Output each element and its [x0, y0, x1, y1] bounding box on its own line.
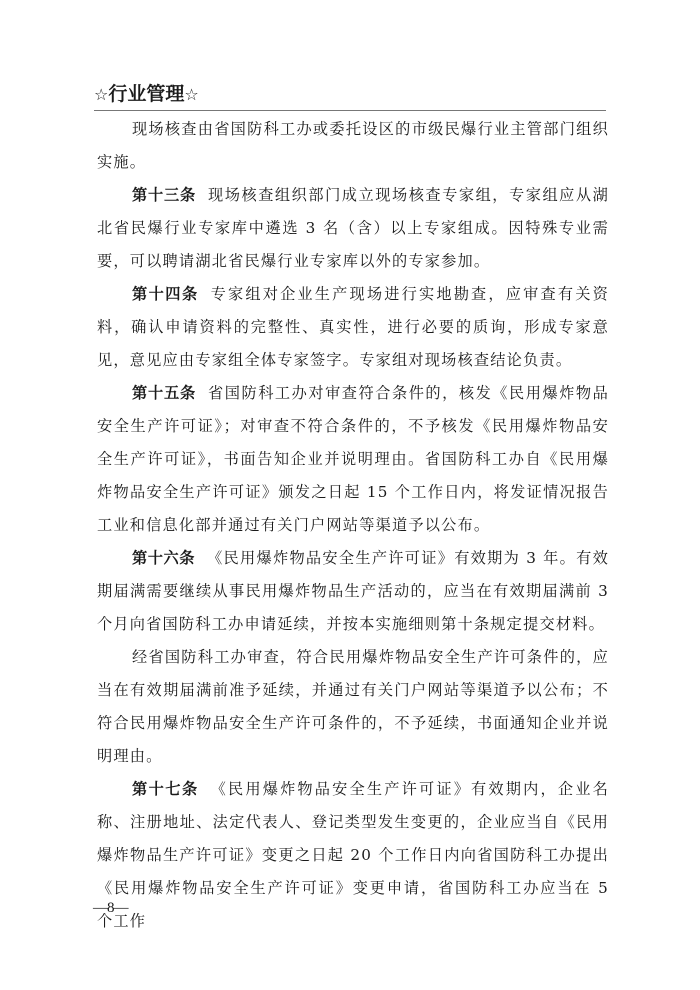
section-title: ☆行业管理☆ — [94, 82, 606, 107]
article-17: 第十七条《民用爆炸物品安全生产许可证》有效期内，企业名称、注册地址、法定代表人、… — [97, 773, 609, 938]
paragraph-text: 省国防科工办对审查符合条件的，核发《民用爆炸物品安全生产许可证》；对审查不符合条… — [97, 384, 609, 534]
header-divider — [94, 110, 606, 111]
paragraph-text: 《民用爆炸物品安全生产许可证》有效期内，企业名称、注册地址、法定代表人、登记类型… — [97, 780, 609, 930]
document-page: ☆行业管理☆ 现场核查由省国防科工办或委托设区的市级民爆行业主管部门组织实施。 … — [0, 0, 700, 990]
article-16-continuation: 经省国防科工办审查，符合民用爆炸物品安全生产许可条件的，应当在有效期届满前准予延… — [97, 641, 609, 773]
paragraph-text: 经省国防科工办审查，符合民用爆炸物品安全生产许可条件的，应当在有效期届满前准予延… — [97, 648, 609, 765]
article-heading: 第十五条 — [132, 384, 196, 402]
article-14: 第十四条专家组对企业生产现场进行实地勘查，应审查有关资料，确认申请资料的完整性、… — [97, 278, 609, 377]
article-heading: 第十六条 — [132, 549, 195, 567]
article-heading: 第十三条 — [132, 186, 196, 204]
article-16: 第十六条《民用爆炸物品安全生产许可证》有效期为 3 年。有效期届满需要继续从事民… — [97, 542, 609, 641]
article-13: 第十三条现场核查组织部门成立现场核查专家组，专家组应从湖北省民爆行业专家库中遴选… — [97, 179, 609, 278]
page-number: —8— — [93, 900, 128, 917]
document-body: 现场核查由省国防科工办或委托设区的市级民爆行业主管部门组织实施。 第十三条现场核… — [97, 113, 609, 938]
section-title-text: 行业管理 — [108, 83, 184, 105]
paragraph-text: 现场核查由省国防科工办或委托设区的市级民爆行业主管部门组织实施。 — [97, 120, 609, 171]
star-icon: ☆ — [94, 85, 108, 104]
article-15: 第十五条省国防科工办对审查符合条件的，核发《民用爆炸物品安全生产许可证》；对审查… — [97, 377, 609, 542]
article-heading: 第十七条 — [132, 780, 199, 798]
star-icon: ☆ — [184, 85, 198, 104]
section-header: ☆行业管理☆ — [94, 82, 606, 107]
article-heading: 第十四条 — [132, 285, 199, 303]
paragraph-continuation: 现场核查由省国防科工办或委托设区的市级民爆行业主管部门组织实施。 — [97, 113, 609, 179]
